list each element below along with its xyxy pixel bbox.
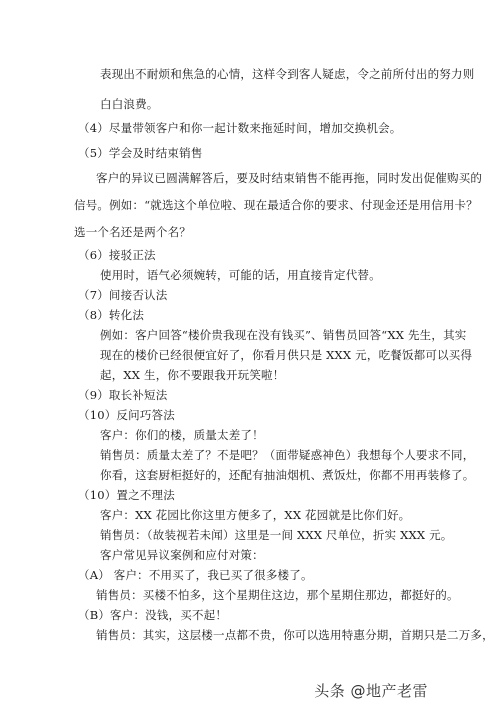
text-line: 起，XX 生，你不要跟我开玩笑啦！ [100,368,284,382]
text-line: （7）间接否认法 [78,288,167,302]
text-line: 使用时，语气必须婉转，可能的话，用直接肯定代替。 [100,268,381,282]
text-line: 销售员：买楼不怕多，这个星期住这边，那个星期住那边，都挺好的。 [96,588,459,602]
text-line: 客户：你们的楼，质量太差了！ [100,428,264,442]
text-line: （10）反问巧答法 [78,408,175,422]
text-line: 销售员：其实，这层楼一点都不贵，你可以选用特惠分期，首期只是二万多， [96,628,494,642]
text-line: （B）客户：没钱，买不起！ [78,608,227,622]
text-line: 客户：XX 花园比你这里方便多了，XX 花园就是比你们好。 [100,508,410,522]
text-line: 白白浪费。 [100,97,159,111]
text-line: 现在的楼价已经很便宜好了，你看月供只是 XXX 元，吃餐饭都可以买得 [100,348,472,362]
text-line: 选一个名还是两个名？ [74,225,191,239]
text-line: （4）尽量带领客户和你一起计数来拖延时间，增加交换机会。 [78,121,401,135]
text-line: （9）取长补短法 [78,388,167,402]
text-line: （5）学会及时结束销售 [78,146,203,160]
text-line: 客户的异议已圆满解答后，要及时结束销售不能再拖，同时发出促催购买的 [96,171,482,185]
text-line: 客户常见异议案例和应付对策： [100,548,264,562]
text-line: 信号。例如：“就选这个单位啦、现在最适合你的要求、付现金还是用信用卡？ [74,198,478,212]
text-line: 销售员：（故装视若未闻）这里是一间 XXX 尺单位，折实 XXX 元。 [100,528,453,542]
text-line: （6）接驳正法 [78,248,156,262]
text-line: 表现出不耐烦和焦急的心情，这样令到客人疑虑，令之前所付出的努力则 [100,67,474,81]
text-line: （A） 客户：不用买了，我已买了很多楼了。 [78,568,313,582]
text-line: （10）置之不理法 [78,488,175,502]
text-line: 例如：客户回答“楼价贵我现在没有钱买”、销售员回答“XX 先生，其实 [100,328,466,342]
text-line: 销售员：质量太差了？不是吧？（面带疑惑神色）我想每个人要求不同， [100,448,474,462]
text-line: 你看，这套厨柜挺好的，还配有抽油烟机、煮饭灶，你都不用再装修了。 [100,468,474,482]
watermark-label: 头条 @地产老雷 [314,680,428,701]
text-line: （8）转化法 [78,308,144,322]
